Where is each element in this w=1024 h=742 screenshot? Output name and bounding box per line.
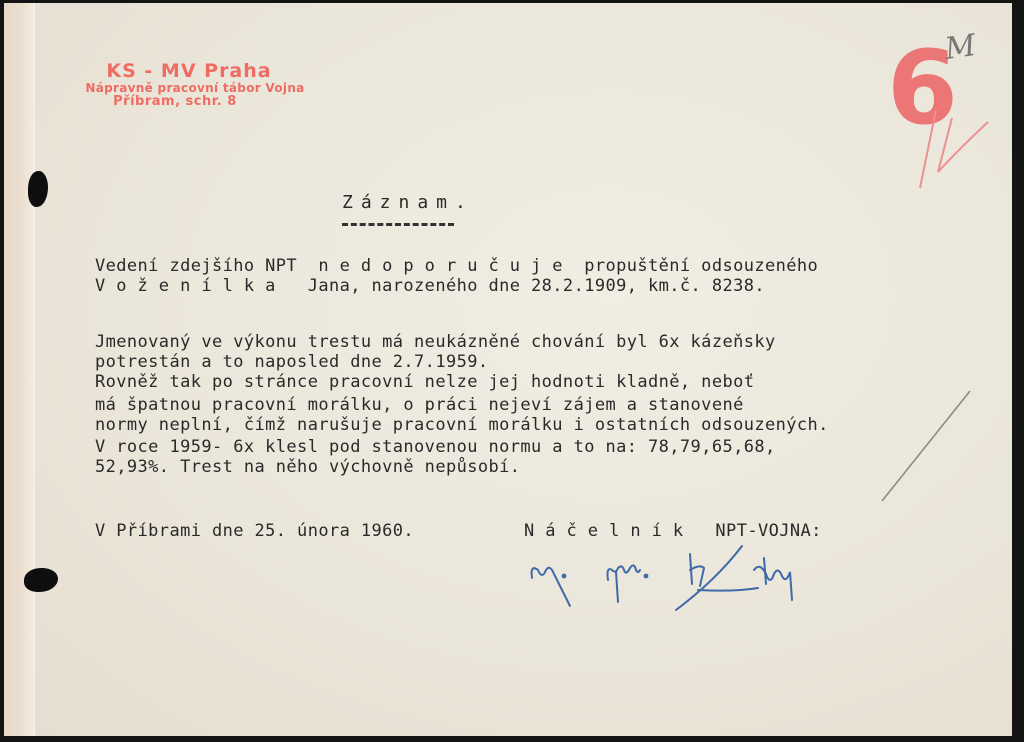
- red-pencil-mark-icon: [908, 110, 998, 190]
- pencil-annotation: M: [943, 28, 978, 67]
- paragraph2-line-6: V roce 1959- 6x klesl pod stanovenou nor…: [95, 437, 776, 457]
- paragraph2-line-5: normy neplní, čímž narušuje pracovní mor…: [95, 415, 829, 435]
- paragraph2-line-4: má špatnou pracovní morálku, o práci nej…: [95, 395, 744, 415]
- institution-stamp: KS - MV Praha Nápravně pracovní tábor Vo…: [60, 62, 330, 108]
- paragraph2-line-3: Rovněž tak po stránce pracovní nelze jej…: [95, 372, 754, 392]
- stamp-line-1: KS - MV Praha: [48, 62, 330, 82]
- stamp-line-3: Příbram, schr. 8: [20, 95, 330, 109]
- folded-margin: [4, 3, 35, 736]
- paragraph1-line-1: Vedení zdejšího NPT n e d o p o r u č u …: [95, 256, 818, 276]
- paragraph2-line-1: Jmenovaný ve výkonu trestu má neukázněné…: [95, 332, 776, 352]
- handwritten-signature-icon: npor. Hrubý: [520, 540, 810, 620]
- pencil-stroke-icon: [870, 385, 980, 505]
- document-title: Záznam.: [342, 192, 474, 213]
- paragraph2-line-7: 52,93%. Trest na něho výchovně nepůsobí.: [95, 457, 520, 477]
- stamp-line-2: Nápravně pracovní tábor Vojna: [60, 82, 330, 95]
- title-underline: [342, 223, 454, 226]
- paragraph2-line-2: potrestán a to naposled dne 2.7.1959.: [95, 352, 489, 372]
- punch-hole-bottom: [24, 568, 58, 592]
- signatory-title: N á č e l n í k NPT-VOJNA:: [524, 521, 822, 541]
- punch-hole-top: [28, 171, 48, 207]
- place-date: V Příbrami dne 25. února 1960.: [95, 521, 414, 541]
- paragraph1-line-2: V o ž e n í l k a Jana, narozeného dne 2…: [95, 276, 765, 296]
